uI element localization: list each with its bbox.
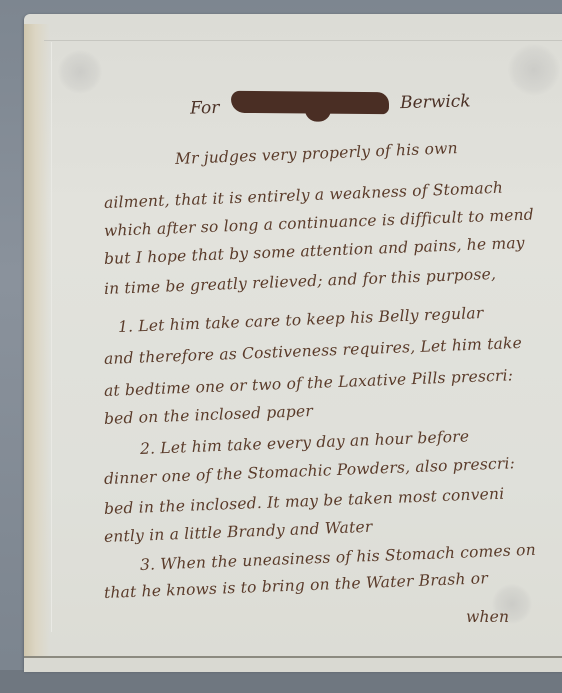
stain-mark	[508, 44, 560, 96]
heading-prefix: For	[190, 98, 220, 119]
paper-bottom-strip	[24, 658, 562, 672]
scan-background-bottom	[0, 670, 562, 693]
redacted-name	[231, 91, 389, 114]
paper-top-fold	[44, 40, 562, 41]
stain-mark	[58, 50, 102, 94]
heading-place: Berwick	[400, 91, 471, 113]
catchword: when	[466, 608, 509, 626]
paper-margin-crease	[51, 42, 52, 632]
paper-aged-edge	[24, 24, 50, 664]
